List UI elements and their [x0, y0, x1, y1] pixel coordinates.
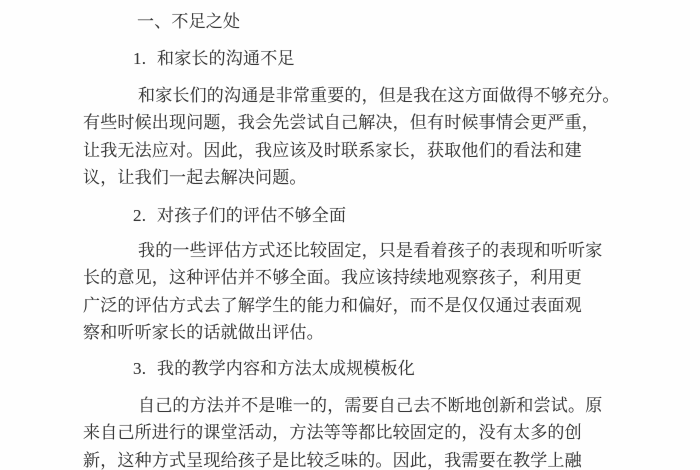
main-heading: 一、不足之处 [137, 12, 240, 31]
section-3-number: 3. [133, 359, 157, 378]
paragraph-3-line-2: 来自己所进行的课堂活动，方法等等都比较固定的，没有太多的创 [83, 423, 582, 442]
section-1-number: 1. [133, 49, 157, 68]
paragraph-2-line-1: 我的一些评估方式还比较固定，只是看着孩子的表现和听听家 [138, 241, 602, 260]
section-1-title: 和家长的沟通不足 [157, 49, 295, 68]
section-3-title: 我的教学内容和方法太成规模板化 [157, 359, 415, 378]
section-2-title: 对孩子们的评估不够全面 [157, 206, 346, 225]
section-2-heading: 2.对孩子们的评估不够全面 [133, 206, 346, 225]
paragraph-1-line-1: 和家长们的沟通是非常重要的，但是我在这方面做得不够充分。 [138, 86, 620, 105]
paragraph-3-line-3: 新，这种方式呈现给孩子是比较乏味的。因此，我需要在教学上融 [83, 451, 582, 470]
paragraph-3-line-1: 自己的方法并不是唯一的，需要自己去不断地创新和尝试。原 [138, 396, 602, 415]
paragraph-1-line-3: 让我无法应对。因此，我应该及时联系家长，获取他们的看法和建 [83, 141, 582, 160]
paragraph-2-line-2: 长的意见，这种评估并不够全面。我应该持续地观察孩子，利用更 [83, 268, 582, 287]
section-1-heading: 1.和家长的沟通不足 [133, 49, 295, 68]
paragraph-1-line-2: 有些时候出现问题，我会先尝试自己解决，但有时候事情会更严重， [83, 113, 599, 132]
section-2-number: 2. [133, 206, 157, 225]
paragraph-2-line-4: 察和听听家长的话就做出评估。 [83, 323, 324, 342]
paragraph-2-line-3: 广泛的评估方式去了解学生的能力和偏好，而不是仅仅通过表面观 [83, 296, 582, 315]
document-page: 一、不足之处 1.和家长的沟通不足 和家长们的沟通是非常重要的，但是我在这方面做… [0, 0, 700, 470]
section-3-heading: 3.我的教学内容和方法太成规模板化 [133, 359, 415, 378]
paragraph-1-line-4: 议，让我们一起去解决问题。 [83, 168, 307, 187]
